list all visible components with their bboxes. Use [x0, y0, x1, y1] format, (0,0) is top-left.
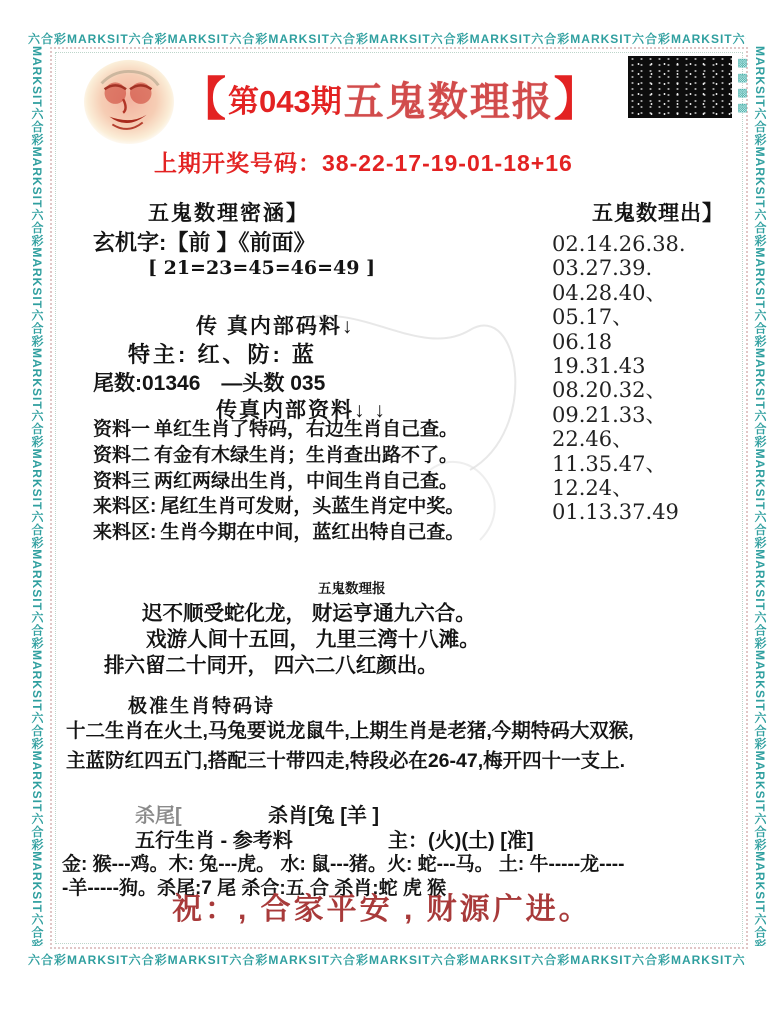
poem-line-3: 排六留二十同开， 四六二八红颜出。 — [104, 648, 438, 678]
blessing-line: 祝：, 合家平安 , 财源广进。 — [172, 884, 592, 928]
laughing-face-logo — [80, 56, 178, 146]
info-line-2: 资料二有金有木绿生肖；生肖查出路不了。 — [93, 443, 464, 469]
number-row: 11.35.47、 — [552, 452, 752, 476]
last-draw-label: 上期开奖号码： — [154, 150, 322, 176]
info-label-2: 资料二 — [93, 445, 150, 466]
numbers-column-title: 五鬼数理出】 — [552, 197, 752, 227]
number-row: 06.18 — [552, 330, 752, 354]
secret-section-title: 五鬼数理密涵】 — [148, 197, 309, 227]
special-main-line: 特主: 红、防: 蓝 — [128, 338, 317, 369]
numbers-column: 五鬼数理出】 02.14.26.38. 03.27.39. 04.28.40、 … — [552, 197, 752, 525]
number-row: 19.31.43 — [552, 354, 752, 378]
info-text-2: 有金有木绿生肖；生肖查出路不了。 — [154, 445, 458, 466]
border-pattern-top: 六合彩MARKSIT六合彩MARKSIT六合彩MARKSIT六合彩MARKSIT… — [28, 30, 746, 46]
newspaper-page: 六合彩MARKSIT六合彩MARKSIT六合彩MARKSIT六合彩MARKSIT… — [0, 0, 775, 1026]
title-text: 五鬼数理报 — [344, 70, 554, 127]
numbers-rows: 02.14.26.38. 03.27.39. 04.28.40、 05.17、 … — [552, 232, 752, 525]
number-row: 08.20.32、 — [552, 378, 752, 402]
qr-code-block — [628, 56, 732, 118]
number-row: 03.27.39. — [552, 256, 752, 280]
info-line-3: 资料三两红两绿出生肖，中间生肖自己查。 — [93, 469, 464, 495]
number-row: 01.13.37.49 — [552, 500, 752, 524]
teal-glyphs-decoration: ▩▩▩▩ — [736, 56, 749, 116]
info-line-5: 来料区:生肖今期在中间，蓝红出特自己查。 — [93, 520, 464, 546]
info-label-3: 资料三 — [93, 471, 150, 492]
border-pattern-right: MARKSIT六合彩MARKSIT六合彩MARKSIT六合彩MARKSIT六合彩… — [753, 46, 769, 946]
fax-code-header: 传 真内部码料↓ — [196, 310, 354, 340]
number-row: 22.46、 — [552, 427, 752, 451]
info-text-3: 两红两绿出生肖，中间生肖自己查。 — [154, 471, 458, 492]
info-label-1: 资料一 — [93, 419, 150, 440]
border-pattern-bottom: 六合彩MARKSIT六合彩MARKSIT六合彩MARKSIT六合彩MARKSIT… — [28, 951, 746, 967]
elements-zodiac-line-1: 金: 猴---鸡。木: 兔---虎。 水: 鼠---猪。火: 蛇---马。 土:… — [62, 849, 624, 876]
number-row: 04.28.40、 — [552, 281, 752, 305]
zodiac-poem-title: 极准生肖特码诗 — [128, 691, 275, 718]
info-label-5: 来料区: — [93, 522, 156, 543]
last-draw-line: 上期开奖号码：38-22-17-19-01-18+16 — [154, 145, 573, 178]
mystery-word-line: 玄机字:【前 】《前面》 — [93, 226, 315, 257]
number-row: 09.21.33、 — [552, 403, 752, 427]
number-row: 02.14.26.38. — [552, 232, 752, 256]
poem-title: 五鬼数理报 — [318, 577, 386, 597]
zodiac-poem-line-2: 主蓝防红四五门,搭配三十带四走,特段必在26-47,梅开四十一支上. — [66, 745, 625, 773]
info-lines: 资料一单红生肖了特码，右边生肖自己查。 资料二有金有木绿生肖；生肖查出路不了。 … — [93, 417, 464, 546]
border-pattern-left: MARKSIT六合彩MARKSIT六合彩MARKSIT六合彩MARKSIT六合彩… — [30, 46, 46, 946]
info-line-1: 资料一单红生肖了特码，右边生肖自己查。 — [93, 417, 464, 443]
number-row: 05.17、 — [552, 305, 752, 329]
info-text-5: 生肖今期在中间，蓝红出特自己查。 — [160, 522, 464, 543]
last-draw-numbers: 38-22-17-19-01-18+16 — [322, 150, 573, 176]
info-label-4: 来料区: — [93, 496, 156, 517]
number-row: 12.24、 — [552, 476, 752, 500]
title-bracket-open: 【 — [180, 76, 226, 122]
info-text-4: 尾红生肖可发财，头蓝生肖定中奖。 — [160, 496, 464, 517]
title-bracket-close: 】 — [554, 76, 600, 122]
page-title: 【 第043期 五鬼数理报 】 — [180, 70, 600, 127]
tail-head-numbers-line: 尾数:01346 —头数 035 — [93, 367, 325, 397]
info-line-4: 来料区:尾红生肖可发财，头蓝生肖定中奖。 — [93, 494, 464, 520]
mystery-numbers-line: [ 21=23=45=46=49 ] — [148, 257, 375, 279]
zodiac-poem-line-1: 十二生肖在火土,马兔要说龙鼠牛,上期生肖是老猪,今期特码大双猴, — [66, 715, 634, 743]
issue-number: 第043期 — [228, 76, 342, 121]
info-text-1: 单红生肖了特码，右边生肖自己查。 — [154, 419, 458, 440]
